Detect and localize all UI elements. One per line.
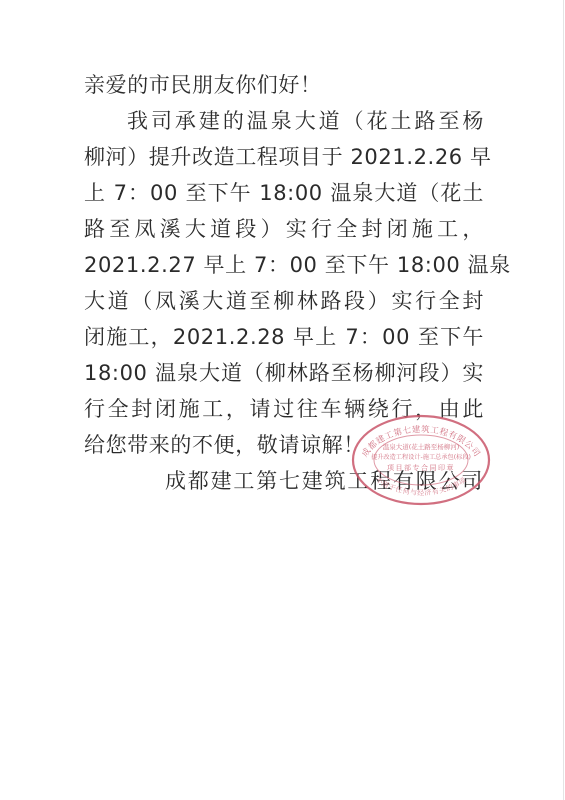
body-line-5: 2021.2.27 早上 7：00 至下午 18:00 温泉 <box>84 250 484 280</box>
body-line-3: 上 7：00 至下午 18:00 温泉大道（花土 <box>84 178 484 208</box>
body-line-4: 路至凤溪大道段）实行全封闭施工， <box>84 214 484 244</box>
body-line-8: 18:00 温泉大道（柳林路至杨柳河段）实 <box>84 358 484 388</box>
body-line-6: 大道（凤溪大道至柳林路段）实行全封 <box>84 286 484 316</box>
document-page: 亲爱的市民朋友你们好！ 我司承建的温泉大道（花土路至杨 柳河）提升改造工程项目于… <box>0 0 565 800</box>
body-line-7: 闭施工，2021.2.28 早上 7：00 至下午 <box>84 322 484 352</box>
svg-text:不用于任何与经济有关的事项: 不用于任何与经济有关的事项 <box>374 476 468 497</box>
body-line-2: 柳河）提升改造工程项目于 2021.2.26 早 <box>84 142 484 172</box>
greeting: 亲爱的市民朋友你们好！ <box>84 70 484 100</box>
seal-icon: 成都建工第七建筑工程有限公司 温泉大道(花土路至杨柳河) 提升改造工程设计-施工… <box>350 413 492 507</box>
page-edge-line <box>563 0 564 800</box>
body-line-1: 我司承建的温泉大道（花土路至杨 <box>127 106 484 136</box>
company-seal-stamp: 成都建工第七建筑工程有限公司 温泉大道(花土路至杨柳河) 提升改造工程设计-施工… <box>350 413 492 507</box>
stamp-line-1: 温泉大道(花土路至杨柳河) <box>383 442 460 451</box>
stamp-bottom-arc: 不用于任何与经济有关的事项 <box>374 476 468 497</box>
stamp-line-2: 提升改造工程设计-施工总承包(标段) <box>371 453 471 461</box>
stamp-line-3: 项目部专合同印章 <box>387 463 455 472</box>
